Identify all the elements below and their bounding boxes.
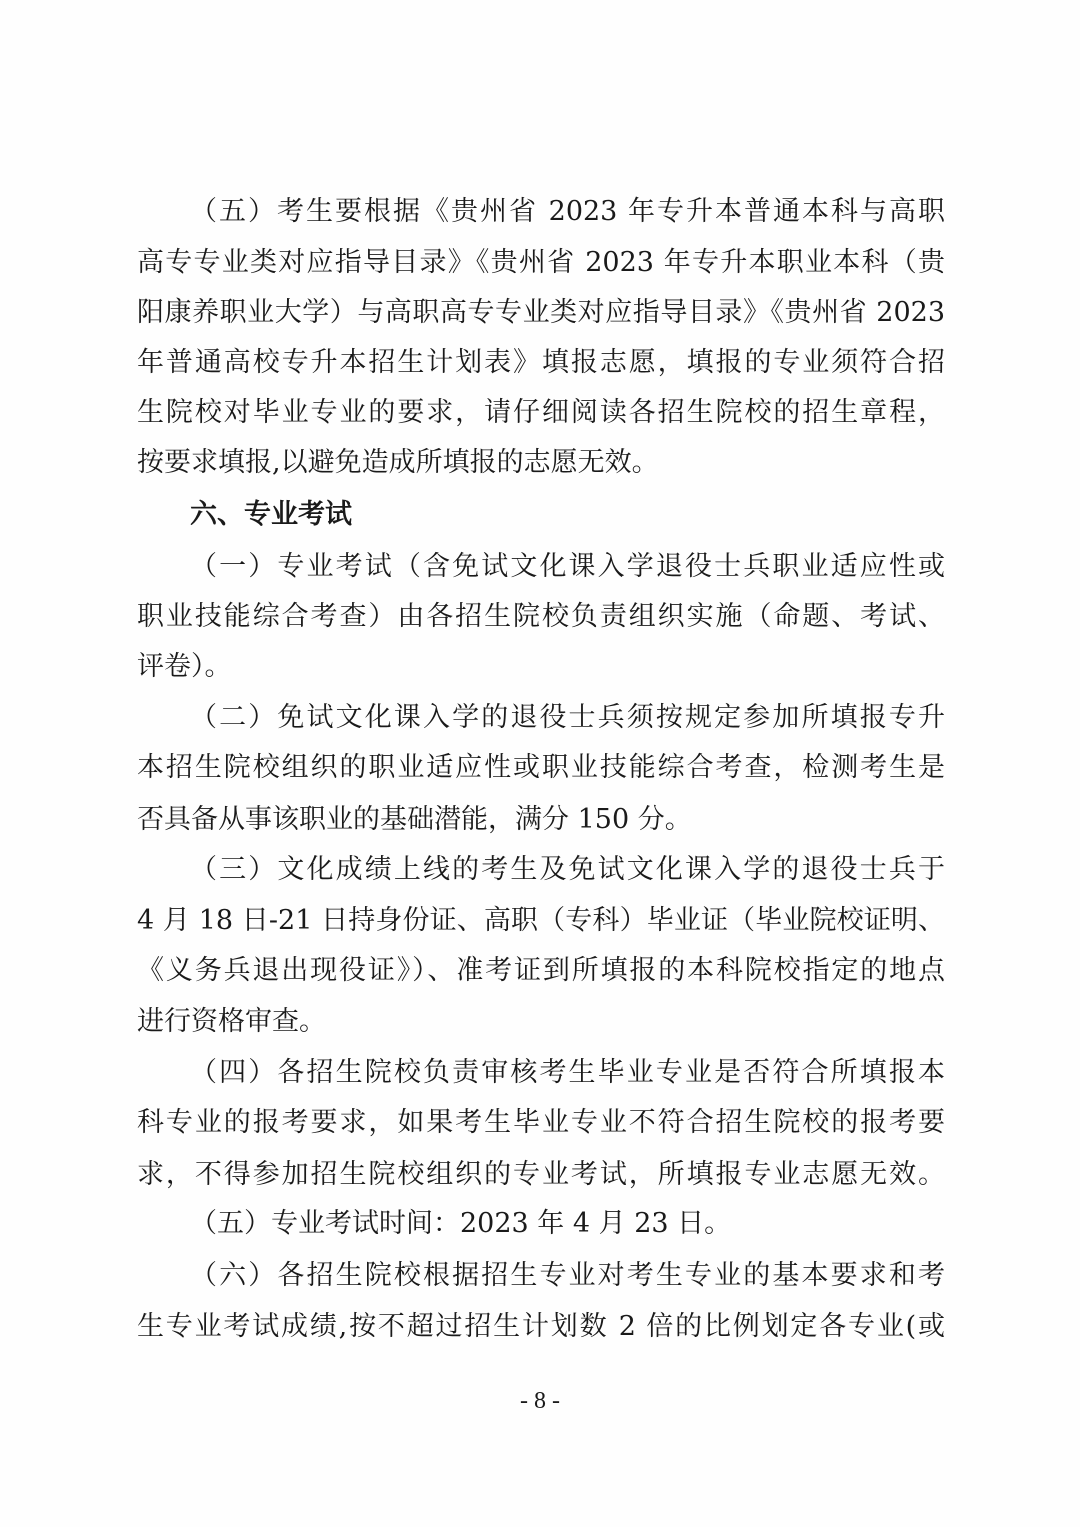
text-line: 科专业的报考要求，如果考生毕业专业不符合招生院校的报考要 [137, 1103, 945, 1143]
text-line: 生院校对毕业专业的要求，请仔细阅读各招生院校的招生章程， [137, 393, 945, 433]
text-line: （二）免试文化课入学的退役士兵须按规定参加所填报专升 [190, 698, 945, 738]
text-line: 评卷）。 [137, 647, 945, 687]
text-line: 求，不得参加招生院校组织的专业考试，所填报专业志愿无效。 [137, 1155, 945, 1195]
text-line: 4 月 18 日-21 日持身份证、高职（专科）毕业证（毕业院校证明、 [137, 901, 945, 941]
text-line: 职业技能综合考查）由各招生院校负责组织实施（命题、考试、 [137, 597, 945, 637]
text-line: 否具备从事该职业的基础潜能，满分 150 分。 [137, 800, 945, 840]
text-line: （六）各招生院校根据招生专业对考生专业的基本要求和考 [190, 1256, 945, 1296]
section-heading-professional-exam: 六、专业考试 [190, 495, 352, 535]
text-line: 进行资格审查。 [137, 1002, 945, 1042]
text-line: （五）专业考试时间：2023 年 4 月 23 日。 [190, 1204, 945, 1244]
text-line: （一）专业考试（含免试文化课入学退役士兵职业适应性或 [190, 547, 945, 587]
text-line: （三）文化成绩上线的考生及免试文化课入学的退役士兵于 [190, 850, 945, 890]
page-number: - 8 - [0, 1388, 1080, 1415]
text-line: （四）各招生院校负责审核考生毕业专业是否符合所填报本 [190, 1053, 945, 1093]
text-line: （五）考生要根据《贵州省 2023 年专升本普通本科与高职 [190, 192, 945, 232]
text-line: 年普通高校专升本招生计划表》填报志愿，填报的专业须符合招 [137, 343, 945, 383]
text-line: 阳康养职业大学）与高职高专专业类对应指导目录》《贵州省 2023 [137, 293, 945, 333]
text-line: 按要求填报,以避免造成所填报的志愿无效。 [137, 443, 945, 483]
document-page: （五）考生要根据《贵州省 2023 年专升本普通本科与高职 高专专业类对应指导目… [0, 0, 1080, 1527]
text-line: 生专业考试成绩,按不超过招生计划数 2 倍的比例划定各专业(或 [137, 1307, 945, 1347]
text-line: 《义务兵退出现役证》）、准考证到所填报的本科院校指定的地点 [137, 951, 945, 991]
text-line: 高专专业类对应指导目录》《贵州省 2023 年专升本职业本科（贵 [137, 243, 945, 283]
text-line: 本招生院校组织的职业适应性或职业技能综合考查，检测考生是 [137, 748, 945, 788]
